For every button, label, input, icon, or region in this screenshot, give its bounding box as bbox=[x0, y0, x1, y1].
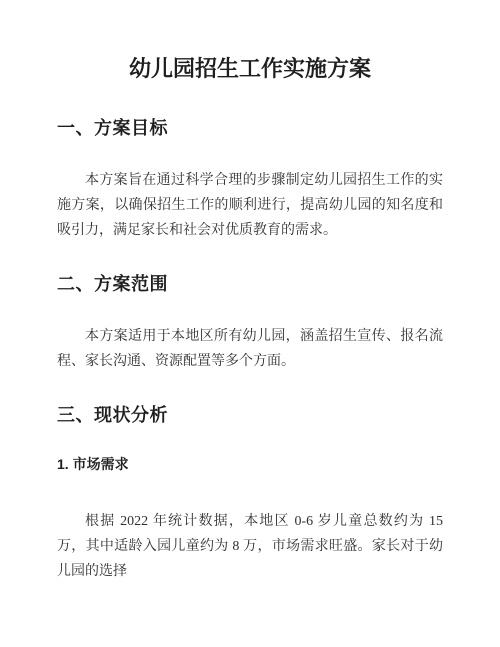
subsection-paragraph-market-demand: 根据 2022 年统计数据，本地区 0-6 岁儿童总数约为 15 万，其中适龄入… bbox=[57, 509, 443, 584]
document-page: 幼儿园招生工作实施方案 一、方案目标 本方案旨在通过科学合理的步骤制定幼儿园招生… bbox=[0, 0, 500, 647]
section-heading-plan-scope: 二、方案范围 bbox=[57, 274, 443, 294]
section-paragraph-plan-objectives: 本方案旨在通过科学合理的步骤制定幼儿园招生工作的实施方案，以确保招生工作的顺利进… bbox=[57, 168, 443, 243]
section-heading-plan-objectives: 一、方案目标 bbox=[57, 118, 443, 138]
subsection-heading-market-demand: 1. 市场需求 bbox=[57, 455, 443, 474]
section-heading-current-analysis: 三、现状分析 bbox=[57, 405, 443, 425]
document-title: 幼儿园招生工作实施方案 bbox=[57, 56, 443, 82]
section-paragraph-plan-scope: 本方案适用于本地区所有幼儿园，涵盖招生宣传、报名流程、家长沟通、资源配置等多个方… bbox=[57, 324, 443, 374]
